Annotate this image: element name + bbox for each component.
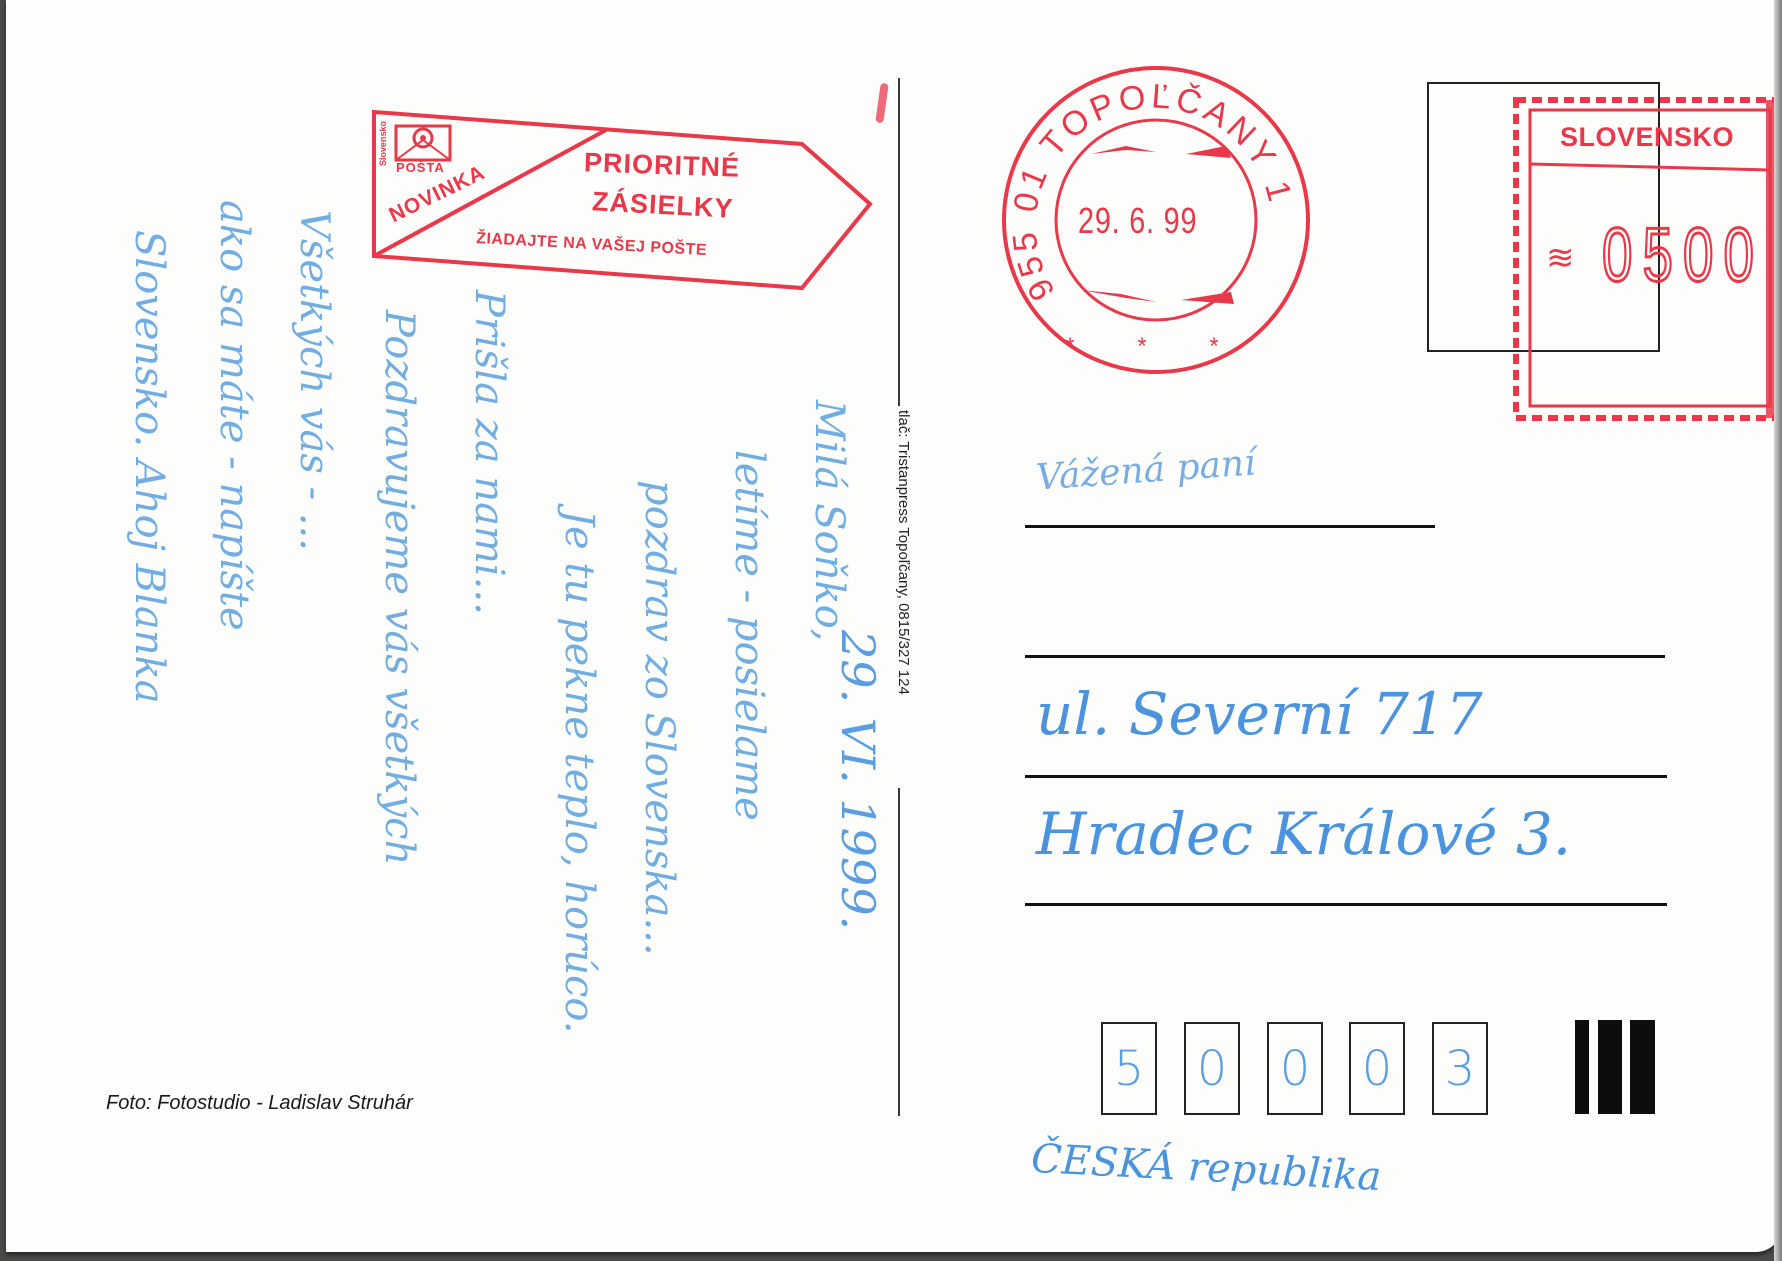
message-date: 29. VI. 1999. [831,630,885,930]
circular-postmark: 955 01 TOPOĽČANY 1 * * * 29. 6. 99 [996,62,1316,382]
priority-title-line1: PRIORITNÉ [584,147,741,183]
postcode-digit: 0 [1197,1041,1228,1097]
address-city: Hradec Králové 3. [1036,800,1571,868]
postmark-date: 29. 6. 99 [1078,200,1197,242]
sorting-bar [1598,1020,1622,1114]
red-ink-mark [875,83,888,124]
address-country: ČESKÁ republika [1030,1136,1382,1200]
address-line-1 [1025,525,1435,528]
meter-country: SLOVENSKO [1560,122,1734,153]
message-line: ako sa máte - napíšte [211,200,257,631]
postcode-box: 0 [1267,1022,1323,1115]
printer-note: tlač: Tristanpress Topoľčany, 0815/327 1… [888,410,912,788]
postcard: Slovensko POŠTA NOVINKA PRIORITNÉ ZÁSIEL… [6,0,1782,1252]
postcode-box: 3 [1432,1022,1488,1115]
postcode-digit: 3 [1445,1041,1476,1097]
message-line: Milá Soňko, [806,400,852,641]
franking-meter-stamp: SLOVENSKO ≋ 0500 [1502,90,1782,425]
postcode-digit: 5 [1114,1041,1145,1097]
sorting-bar [1630,1020,1655,1114]
postcode-box: 0 [1184,1022,1240,1115]
divider-line-top [898,78,900,406]
address-line-4 [1025,903,1667,906]
postcode-box: 0 [1349,1022,1405,1115]
sorting-bar [1575,1020,1589,1114]
photo-credit: Foto: Fotostudio - Ladislav Struhár [106,1092,413,1115]
address-line-2 [1025,655,1665,658]
card-edge-shadow [1774,0,1782,1261]
address-street: ul. Severní 717 [1036,680,1483,748]
message-line: Prišla za nami... [466,290,512,615]
message-line: pozdrav zo Slovenska... [636,480,682,956]
message-line: Všetkých vás - ... [291,210,337,551]
meter-wave-icon: ≋ [1546,238,1575,278]
logo-name-text: POŠTA [396,160,445,175]
meter-value: 0500 [1602,212,1764,299]
address-salutation: Vážená paní [1035,442,1257,498]
postcode-box: 5 [1101,1022,1157,1115]
message-line: Pozdravujeme vás všetkých [376,310,422,865]
divider-line-bottom [898,788,900,1116]
svg-text:* * *: * * * [1065,333,1246,360]
address-line-3 [1025,775,1667,778]
message-line: Je tu pekne teplo, horúco. [556,510,602,1034]
message-line: Slovensko. Ahoj Blanka [126,230,172,704]
post-horn-logo-icon [396,126,450,160]
postcode-digit: 0 [1362,1041,1393,1097]
postcode-digit: 0 [1280,1041,1311,1097]
handwritten-message: Milá Soňko, letíme - posielame pozdrav z… [36,250,866,1090]
logo-country-text: Slovensko [378,121,388,166]
redacted-name [991,592,1711,648]
message-line: letíme - posielame [726,450,772,821]
